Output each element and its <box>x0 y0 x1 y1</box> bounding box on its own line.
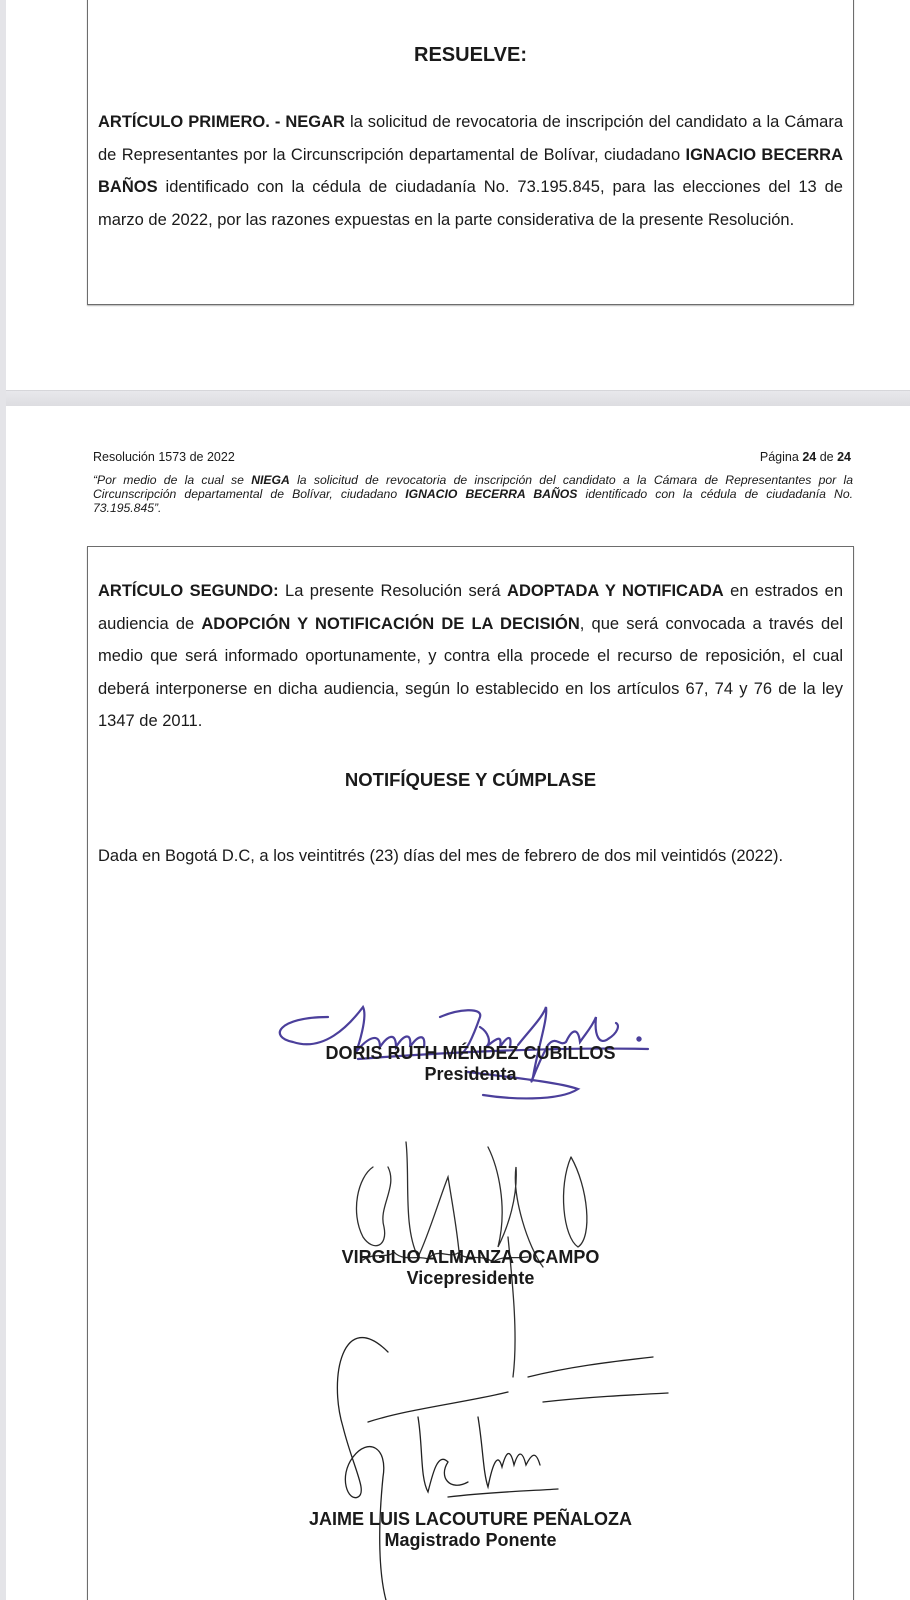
resolution-box: ARTÍCULO SEGUNDO: La presente Resolución… <box>87 546 854 1600</box>
resuelve-heading: RESUELVE: <box>88 44 853 67</box>
articulo-segundo: ARTÍCULO SEGUNDO: La presente Resolución… <box>98 575 843 738</box>
signatory-vicepresidente: VIRGILIO ALMANZA OCAMPO Vicepresidente <box>88 1247 853 1289</box>
page-number: Página 24 de 24 <box>760 450 851 464</box>
document-page-previous: RESUELVE: ARTÍCULO PRIMERO. - NEGAR la s… <box>6 0 910 390</box>
signatory-name: DORIS RUTH MÉNDEZ CUBILLOS <box>88 1043 853 1064</box>
signatory-name: VIRGILIO ALMANZA OCAMPO <box>88 1247 853 1268</box>
date-line: Dada en Bogotá D.C, a los veintitrés (23… <box>98 847 843 866</box>
signatory-magistrado-ponente: JAIME LUIS LACOUTURE PEÑALOZA Magistrado… <box>88 1509 853 1551</box>
signature-magistrado <box>337 1338 668 1600</box>
articulo-primero: ARTÍCULO PRIMERO. - NEGAR la solicitud d… <box>98 106 843 236</box>
resolution-number: Resolución 1573 de 2022 <box>93 450 235 464</box>
signatory-name: JAIME LUIS LACOUTURE PEÑALOZA <box>88 1509 853 1530</box>
closing-heading: NOTIFÍQUESE Y CÚMPLASE <box>88 769 853 791</box>
resolution-epigraph: “Por medio de la cual se NIEGA la solici… <box>93 473 853 515</box>
resolution-box: RESUELVE: ARTÍCULO PRIMERO. - NEGAR la s… <box>87 0 854 305</box>
signatory-role: Vicepresidente <box>88 1268 853 1289</box>
signatory-role: Magistrado Ponente <box>88 1530 853 1551</box>
signatory-presidenta: DORIS RUTH MÉNDEZ CUBILLOS Presidenta <box>88 1043 853 1085</box>
document-page-24: Resolución 1573 de 2022 Página 24 de 24 … <box>6 406 910 1600</box>
signatory-role: Presidenta <box>88 1064 853 1085</box>
page-header: Resolución 1573 de 2022 Página 24 de 24 <box>93 450 853 464</box>
